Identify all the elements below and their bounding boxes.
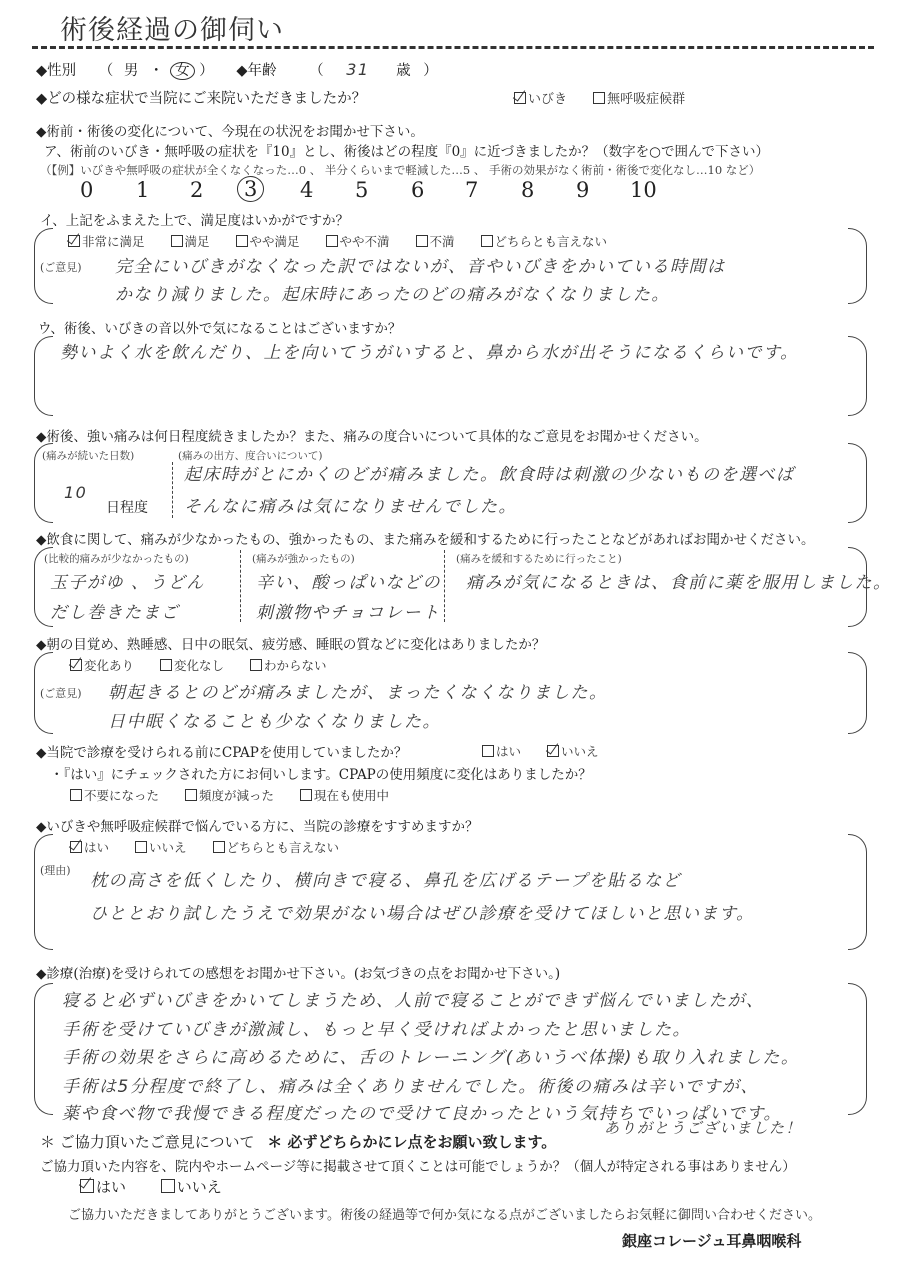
checkbox-icon[interactable] xyxy=(300,789,312,801)
checkbox-icon[interactable] xyxy=(70,841,82,853)
cpap-question: ◆当院で診療を受けられる前にCPAPを使用していましたか？ xyxy=(36,741,407,761)
impressions-box-right xyxy=(848,983,867,1115)
recommend-reason-line-2[interactable]: ひととおり試したうえで効果がない場合はぜひ診療を受けてほしいと思います。 xyxy=(90,899,755,924)
consent-heading: ＊ ご協力頂いたご意見について ＊ 必ずどちらかにレ点をお願い致します。 xyxy=(40,1131,556,1152)
impressions-thanks[interactable]: ありがとうございました！ xyxy=(604,1117,802,1138)
title-divider xyxy=(32,46,874,49)
cpap-options: はい いいえ xyxy=(482,742,621,760)
change-question: ◆術前・術後の変化について、今現在の状況をお聞かせ下さい。 xyxy=(36,120,424,140)
scale-4[interactable]: 4 xyxy=(300,178,313,202)
cpap-option-yes[interactable]: はい xyxy=(482,744,521,759)
age-label: ◆年齢 xyxy=(236,63,276,79)
pain-days-value[interactable]: 10 xyxy=(64,483,87,502)
scale-2[interactable]: 2 xyxy=(190,178,203,202)
satisfaction-question: イ、上記をふまえた上で、満足度はいかがですか？ xyxy=(40,209,349,229)
checkbox-icon[interactable] xyxy=(514,92,526,104)
symptom-option-apnea[interactable]: 無呼吸症候群 xyxy=(593,92,685,107)
other-concerns-box-left xyxy=(34,336,53,416)
sleep-option-unknown[interactable]: わからない xyxy=(250,658,327,673)
satisfaction-option-satisfied[interactable]: 満足 xyxy=(171,234,210,249)
consent-question: ご協力頂いた内容を、院内やホームページ等に掲載させて頂くことは可能でしょうか？（… xyxy=(40,1155,796,1175)
scale-8[interactable]: 8 xyxy=(521,178,534,202)
other-concerns-answer[interactable]: 勢いよく水を飲んだり、上を向いてうがいすると、鼻から水が出そうになるくらいです。 xyxy=(60,338,799,363)
satisfaction-opinion-line-1[interactable]: 完全にいびきがなくなった訳ではないが、音やいびきをかいている時間は xyxy=(115,252,726,277)
impressions-question: ◆診療(治療)を受けられての感想をお聞かせ下さい。(お気づきの点をお聞かせ下さい… xyxy=(36,962,560,982)
recommend-box-right xyxy=(848,834,867,950)
pain-divider xyxy=(172,462,173,518)
scale-10[interactable]: 10 xyxy=(630,178,657,202)
symptoms-question: ◆どの様な症状で当院にご来院いただきましたか？ xyxy=(36,87,366,108)
checkbox-icon[interactable] xyxy=(481,235,493,247)
cpap-option-no[interactable]: いいえ xyxy=(547,744,599,759)
scale-7[interactable]: 7 xyxy=(465,178,478,202)
satisfaction-option-very-satisfied[interactable]: 非常に満足 xyxy=(68,234,145,249)
pain-question: ◆術後、強い痛みは何日程度続きましたか？また、痛みの度合いについて具体的なご意見… xyxy=(36,425,708,445)
checkbox-icon[interactable] xyxy=(160,659,172,671)
gender-age-row: ◆性別 （ 男 ・ 女 ） ◆年齢 （ 31 歳 ） xyxy=(36,59,438,80)
satisfaction-option-neither[interactable]: どちらとも言えない xyxy=(481,234,608,249)
consent-heading-left: ＊ ご協力頂いたご意見について xyxy=(40,1133,254,1151)
satisfaction-option-somewhat-satisfied[interactable]: やや満足 xyxy=(236,234,300,249)
sleep-options: 変化あり 変化なし わからない xyxy=(70,656,349,674)
checkbox-icon[interactable] xyxy=(185,789,197,801)
cpap-followup-options: 不要になった 頻度が減った 現在も使用中 xyxy=(70,786,411,804)
gender-label: ◆性別 xyxy=(36,63,76,79)
other-concerns-question: ウ、術後、いびきの音以外で気になることはございますか？ xyxy=(38,317,401,337)
checkbox-icon[interactable] xyxy=(135,841,147,853)
sleep-opinion-line-2[interactable]: 日中眠くなることも少なくなりました。 xyxy=(108,707,441,732)
food-col1-line-2[interactable]: だし巻きたまご xyxy=(50,598,180,623)
food-col3-line-1[interactable]: 痛みが気になるときは、食前に薬を服用しました。 xyxy=(466,568,892,593)
consent-heading-right: ＊ 必ずどちらかにレ点をお願い致します。 xyxy=(267,1133,556,1151)
cpap-followup-not-needed[interactable]: 不要になった xyxy=(70,788,159,803)
recommend-options: はい いいえ どちらとも言えない xyxy=(70,838,361,856)
checkbox-icon[interactable] xyxy=(326,235,338,247)
satisfaction-opinion-line-2[interactable]: かなり減りました。起床時にあったのどの痛みがなくなりました。 xyxy=(115,280,670,305)
clinic-name: 銀座コレージュ耳鼻咽喉科 xyxy=(622,1230,801,1251)
checkbox-icon[interactable] xyxy=(547,745,559,757)
impressions-line-2[interactable]: 手術を受けていびきが激減し、もっと早く受ければよかったと思いました。 xyxy=(62,1015,691,1040)
scale-6[interactable]: 6 xyxy=(411,178,424,202)
sleep-option-unchanged[interactable]: 変化なし xyxy=(160,658,224,673)
checkbox-icon[interactable] xyxy=(70,659,82,671)
food-divider-2 xyxy=(444,550,445,622)
cpap-followup-still-using[interactable]: 現在も使用中 xyxy=(300,788,389,803)
satisfaction-option-somewhat-dissatisfied[interactable]: やや不満 xyxy=(326,234,390,249)
pain-days-label: (痛みが続いた日数) xyxy=(42,448,134,463)
scale-9[interactable]: 9 xyxy=(576,178,589,202)
symptoms-options: いびき 無呼吸症候群 xyxy=(514,88,707,107)
checkbox-icon[interactable] xyxy=(213,841,225,853)
sleep-opinion-line-1[interactable]: 朝起きるとのどが痛みましたが、まったくなくなりました。 xyxy=(108,678,608,703)
symptom-option-snoring[interactable]: いびき xyxy=(514,92,567,107)
scale-5[interactable]: 5 xyxy=(355,178,368,202)
gender-option-male[interactable]: 男 xyxy=(124,63,139,79)
consent-options: はい いいえ xyxy=(80,1176,244,1197)
checkbox-icon[interactable] xyxy=(250,659,262,671)
pain-box-right xyxy=(848,443,867,523)
checkbox-icon[interactable] xyxy=(236,235,248,247)
checkbox-icon[interactable] xyxy=(416,235,428,247)
recommend-option-no[interactable]: いいえ xyxy=(135,840,187,855)
page-title: 術後経過の御伺い xyxy=(60,8,284,47)
consent-option-yes[interactable]: はい xyxy=(80,1178,126,1196)
checkbox-icon[interactable] xyxy=(171,235,183,247)
food-col1-label: (比較的痛みが少なかったもの) xyxy=(44,551,189,566)
age-unit: 歳 xyxy=(396,63,411,79)
sleep-question: ◆朝の目覚め、熟睡感、日中の眠気、疲労感、睡眠の質などに変化はありましたか？ xyxy=(36,633,545,653)
impressions-line-1[interactable]: 寝ると必ずいびきをかいてしまうため、人前で寝ることができず悩んでいましたが、 xyxy=(62,986,764,1011)
age-value[interactable]: 31 xyxy=(346,60,369,79)
gender-option-female[interactable]: 女 xyxy=(170,62,195,80)
scale-3-selected[interactable]: 3 xyxy=(237,176,264,202)
food-col2-line-2[interactable]: 刺激物やチョコレート xyxy=(256,598,441,623)
sleep-box-right xyxy=(848,652,867,734)
satisfaction-box-right xyxy=(848,228,867,304)
checkbox-icon[interactable] xyxy=(593,92,605,104)
scale-1[interactable]: 1 xyxy=(136,178,149,202)
impressions-line-3[interactable]: 手術の効果をさらに高めるために、舌のトレーニング(あいうべ体操)も取り入れました… xyxy=(62,1043,799,1068)
recommend-reason-label: (理由) xyxy=(40,862,71,878)
food-col1-line-1[interactable]: 玉子がゆ 、うどん xyxy=(50,568,205,593)
consent-option-no[interactable]: いいえ xyxy=(161,1178,222,1196)
checkbox-icon[interactable] xyxy=(68,235,80,247)
checkbox-icon[interactable] xyxy=(80,1179,94,1193)
pain-days-unit: 日程度 xyxy=(106,497,148,517)
food-divider-1 xyxy=(240,550,241,622)
checkbox-icon[interactable] xyxy=(482,745,494,757)
recommend-question: ◆いびきや無呼吸症候群で悩んでいる方に、当院の診療をすすめますか？ xyxy=(36,815,479,835)
recommend-option-neither[interactable]: どちらとも言えない xyxy=(213,840,340,855)
recommend-box-left xyxy=(34,834,53,950)
cpap-followup-reduced[interactable]: 頻度が減った xyxy=(185,788,274,803)
other-concerns-box-right xyxy=(848,336,867,416)
satisfaction-opinion-label: (ご意見) xyxy=(40,259,82,275)
cpap-followup-question: ・『はい』にチェックされた方にお伺いします。CPAPの使用頻度に変化はありました… xyxy=(50,763,592,783)
scale-0[interactable]: 0 xyxy=(80,178,93,202)
food-question: ◆飲食に関して、痛みが少なかったもの、強かったもの、また痛みを緩和するために行っ… xyxy=(36,528,815,548)
satisfaction-option-dissatisfied[interactable]: 不満 xyxy=(416,234,455,249)
food-col3-label: (痛みを緩和するために行ったこと) xyxy=(456,551,622,566)
impressions-line-4[interactable]: 手術は5分程度で終了し、痛みは全くありませんでした。術後の痛みは辛いですが、 xyxy=(62,1072,759,1097)
recommend-reason-line-1[interactable]: 枕の高さを低くしたり、横向きで寝る、鼻孔を広げるテープを貼るなど xyxy=(90,866,681,891)
pain-detail-line-2[interactable]: そんなに痛みは気になりませんでした。 xyxy=(184,492,517,517)
satisfaction-options: 非常に満足 満足 やや満足 やや不満 不満 どちらとも言えない xyxy=(68,232,629,250)
pain-detail-line-1[interactable]: 起床時がとにかくのどが痛みました。飲食時は刺激の少ないものを選べば xyxy=(184,460,795,485)
impressions-box-left xyxy=(34,983,53,1115)
change-example: （【例】いびきや無呼吸の症状が全くなくなった…0 、 半分くらいまで軽減した…5… xyxy=(40,162,760,178)
footer-message: ご協力いただきましてありがとうございます。術後の経過等で何か気になる点がございま… xyxy=(68,1204,821,1223)
recommend-option-yes[interactable]: はい xyxy=(70,840,109,855)
sleep-option-changed[interactable]: 変化あり xyxy=(70,658,134,673)
checkbox-icon[interactable] xyxy=(161,1179,175,1193)
change-sub-question: ア、術前のいびき・無呼吸の症状を『10』とし、術後はどの程度『0』に近づきました… xyxy=(44,140,769,160)
food-col2-label: (痛みが強かったもの) xyxy=(252,551,355,566)
sleep-opinion-label: (ご意見) xyxy=(40,685,82,701)
food-col2-line-1[interactable]: 辛い、酸っぱいなどの xyxy=(256,568,441,593)
change-scale: 0 1 2 3 4 5 6 7 8 9 10 xyxy=(0,178,900,208)
checkbox-icon[interactable] xyxy=(70,789,82,801)
